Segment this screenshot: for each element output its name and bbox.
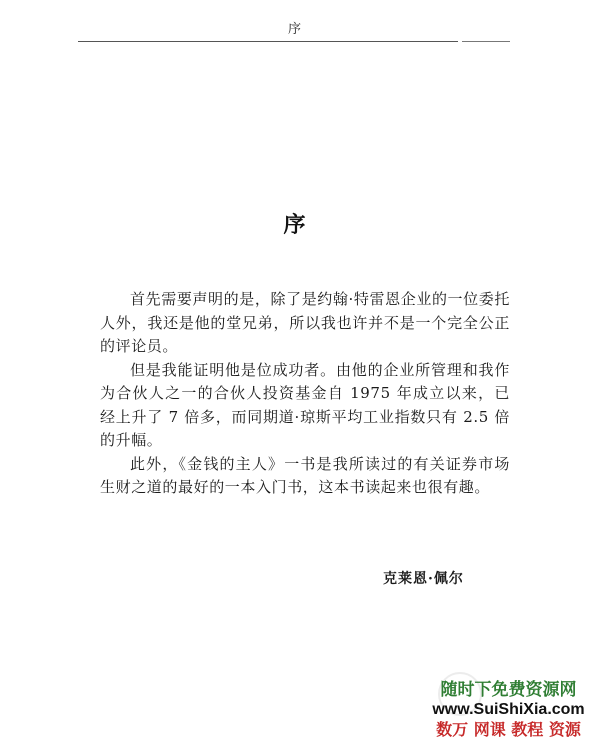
page-title: 序 bbox=[0, 208, 589, 239]
preface-body: 首先需要声明的是，除了是约翰·特雷恩企业的一位委托人外，我还是他的堂兄弟，所以我… bbox=[100, 288, 510, 500]
header-rule-segment bbox=[462, 41, 510, 42]
author-signature: 克莱恩·佩尔 bbox=[383, 568, 464, 588]
watermark-site-name: 随时下免费资源网 bbox=[428, 680, 589, 700]
paragraph-3: 此外，《金钱的主人》一书是我所读过的有关证券市场生财之道的最好的一本入门书，这本… bbox=[100, 453, 510, 500]
paragraph-2: 但是我能证明他是位成功者。由他的企业所管理和我作为合伙人之一的合伙人投资基金自 … bbox=[100, 359, 510, 453]
watermark-url: www.SuiShiXia.com bbox=[428, 700, 589, 720]
running-head: 序 bbox=[0, 18, 589, 37]
header-rule bbox=[78, 41, 458, 42]
watermark-tagline: 数万 网课 教程 资源 bbox=[428, 720, 589, 740]
watermark: 随时下免费资源网 www.SuiShiXia.com 数万 网课 教程 资源 bbox=[428, 680, 589, 740]
paragraph-1: 首先需要声明的是，除了是约翰·特雷恩企业的一位委托人外，我还是他的堂兄弟，所以我… bbox=[100, 288, 510, 359]
